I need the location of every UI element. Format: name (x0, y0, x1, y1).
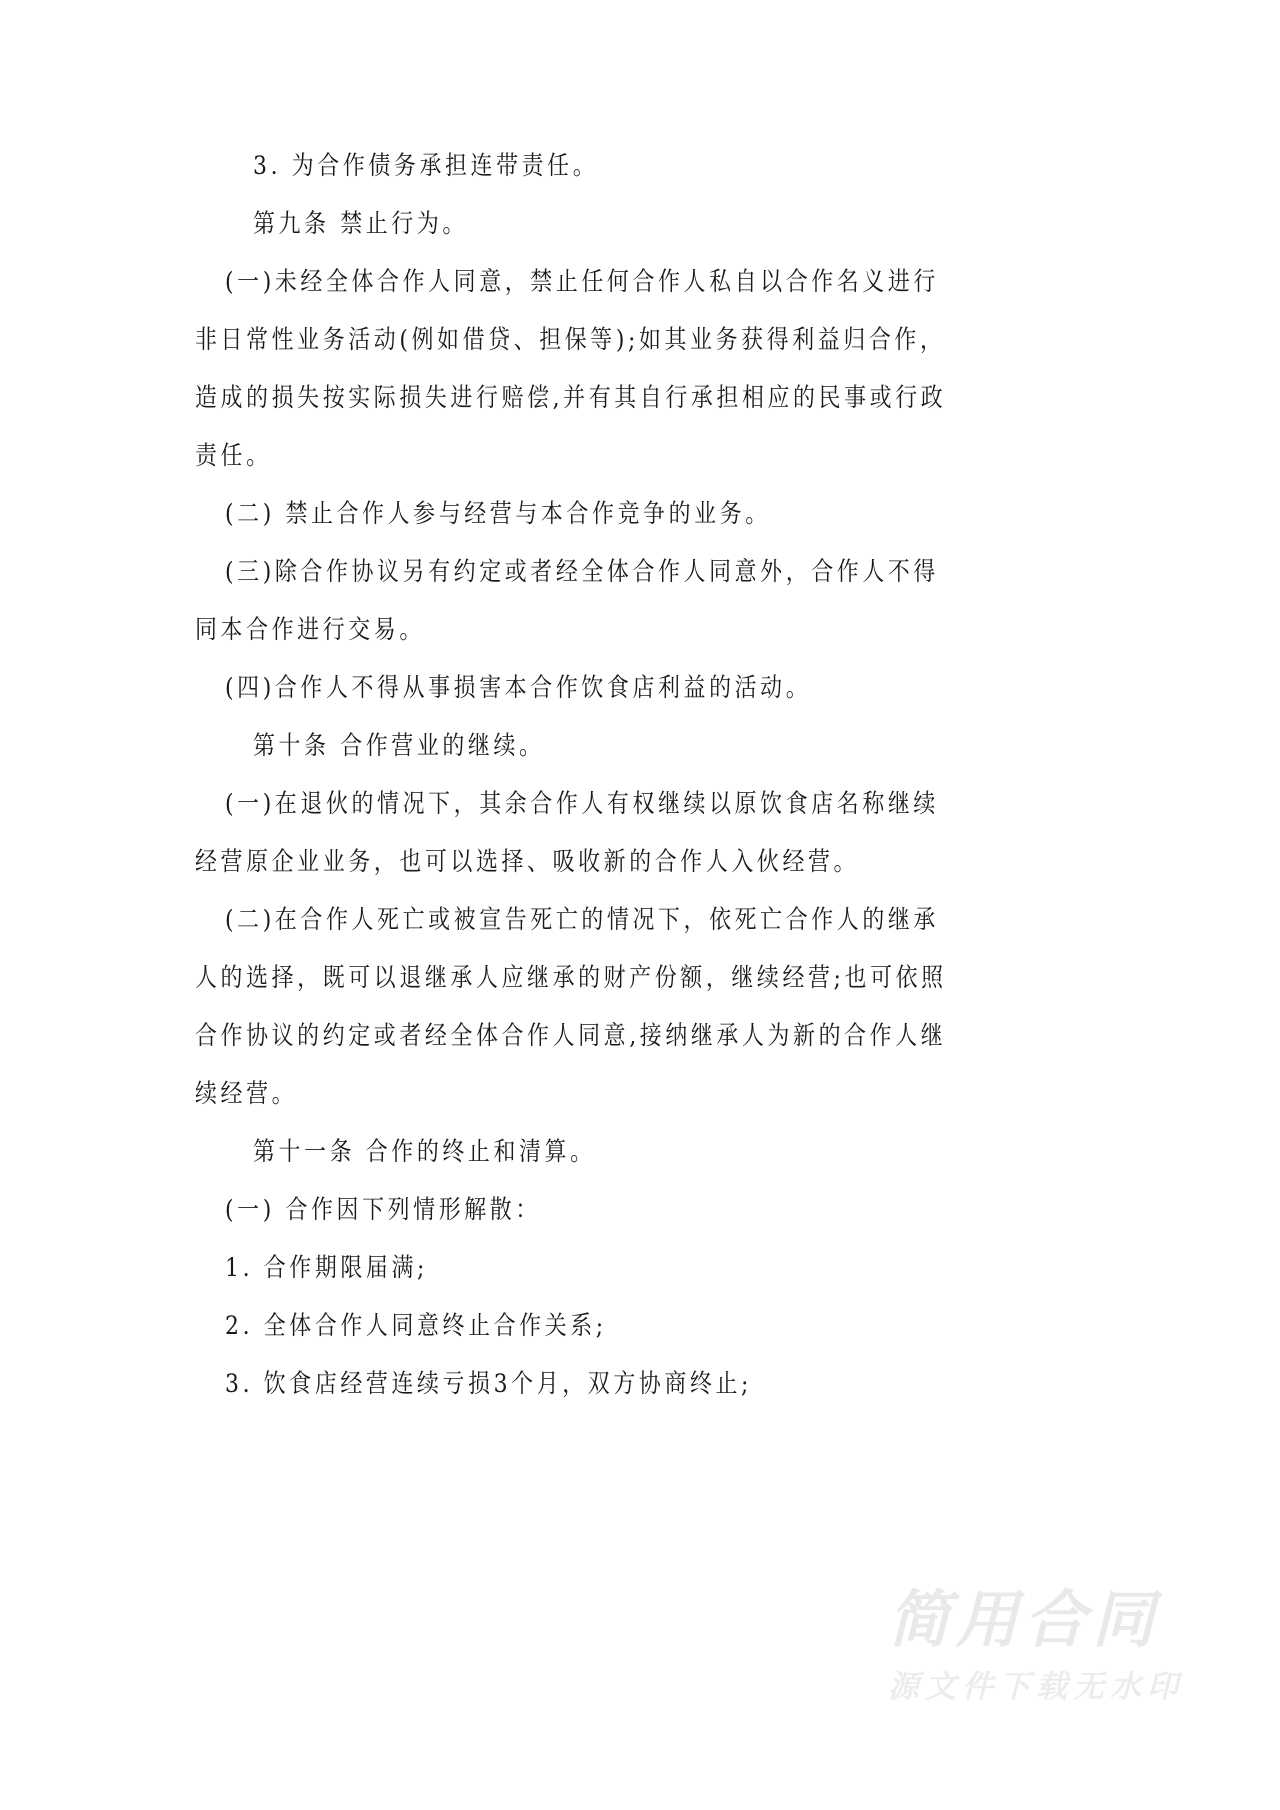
line-19: (一) 合作因下列情形解散： (225, 1194, 541, 1226)
line-22: 3. 饮食店经营连续亏损3个月，双方协商终止; (225, 1368, 752, 1400)
line-2: 第九条 禁止行为。 (253, 208, 468, 240)
watermark-title: 简用合同 (888, 1585, 1160, 1655)
line-16: 合作协议的约定或者经全体合作人同意,接纳继承人为新的合作人继 (195, 1020, 946, 1052)
line-15: 人的选择，既可以退继承人应继承的财产份额，继续经营;也可依照 (195, 962, 947, 994)
line-17: 续经营。 (195, 1078, 297, 1110)
line-13: 经营原企业业务，也可以选择、吸收新的合作人入伙经营。 (195, 846, 859, 878)
line-21: 2. 全体合作人同意终止合作关系; (225, 1310, 607, 1342)
line-12: (一)在退伙的情况下，其余合作人有权继续以原饮食店名称继续 (225, 788, 939, 820)
line-18: 第十一条 合作的终止和清算。 (253, 1136, 596, 1168)
document-page: 3. 为合作债务承担连带责任。 第九条 禁止行为。 (一)未经全体合作人同意，禁… (0, 0, 1280, 1810)
line-3: (一)未经全体合作人同意，禁止任何合作人私自以合作名义进行 (225, 266, 939, 298)
line-7: (二) 禁止合作人参与经营与本合作竞争的业务。 (225, 498, 771, 530)
watermark: 简用合同 源文件下载无水印 (880, 1585, 1210, 1715)
line-8: (三)除合作协议另有约定或者经全体合作人同意外，合作人不得 (225, 556, 939, 588)
line-4: 非日常性业务活动(例如借贷、担保等);如其业务获得利益归合作， (195, 324, 946, 356)
watermark-subtitle: 源文件下载无水印 (888, 1667, 1184, 1707)
line-9: 同本合作进行交易。 (195, 614, 425, 646)
line-5: 造成的损失按实际损失进行赔偿,并有其自行承担相应的民事或行政 (195, 382, 946, 414)
line-11: 第十条 合作营业的继续。 (253, 730, 545, 762)
line-20: 1. 合作期限届满; (225, 1252, 428, 1284)
line-10: (四)合作人不得从事损害本合作饮食店利益的活动。 (225, 672, 811, 704)
line-6: 责任。 (195, 440, 272, 472)
line-14: (二)在合作人死亡或被宣告死亡的情况下，依死亡合作人的继承 (225, 904, 939, 936)
line-1: 3. 为合作债务承担连带责任。 (253, 150, 598, 182)
